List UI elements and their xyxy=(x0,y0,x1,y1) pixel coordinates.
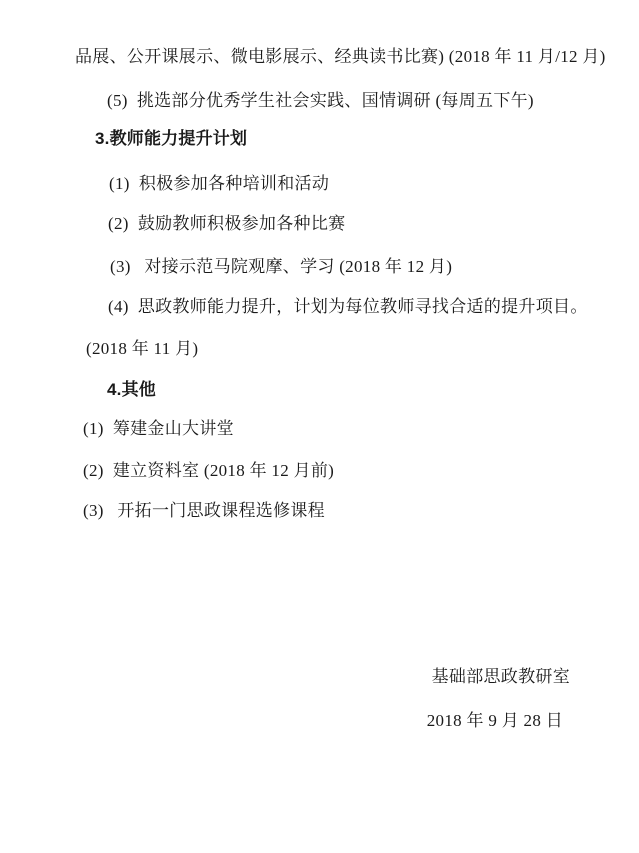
list-item-4-1: (1) 筹建金山大讲堂 xyxy=(83,418,234,439)
signature-department: 基础部思政教研室 xyxy=(432,666,570,687)
list-item-3-4-continuation: (2018 年 11 月) xyxy=(86,338,198,359)
list-item-2-5: (5) 挑选部分优秀学生社会实践、国情调研 (每周五下午) xyxy=(107,90,534,111)
list-item-4-2: (2) 建立资料室 (2018 年 12 月前) xyxy=(83,460,334,481)
list-item-3-3: (3) 对接示范马院观摩、学习 (2018 年 12 月) xyxy=(110,256,452,277)
section-heading-3: 3.教师能力提升计划 xyxy=(95,128,247,149)
paragraph-continuation-line: 品展、公开课展示、微电影展示、经典读书比赛) (2018 年 11 月/12 月… xyxy=(75,46,606,67)
signature-date: 2018 年 9 月 28 日 xyxy=(427,710,563,731)
list-item-4-3: (3) 开拓一门思政课程选修课程 xyxy=(83,500,325,521)
list-item-3-1: (1) 积极参加各种培训和活动 xyxy=(109,173,329,194)
list-item-3-4: (4) 思政教师能力提升，计划为每位教师寻找合适的提升项目。 xyxy=(108,296,588,317)
list-item-3-2: (2) 鼓励教师积极参加各种比赛 xyxy=(108,213,345,234)
document-page: 品展、公开课展示、微电影展示、经典读书比赛) (2018 年 11 月/12 月… xyxy=(0,0,639,853)
section-heading-4: 4.其他 xyxy=(107,379,156,400)
